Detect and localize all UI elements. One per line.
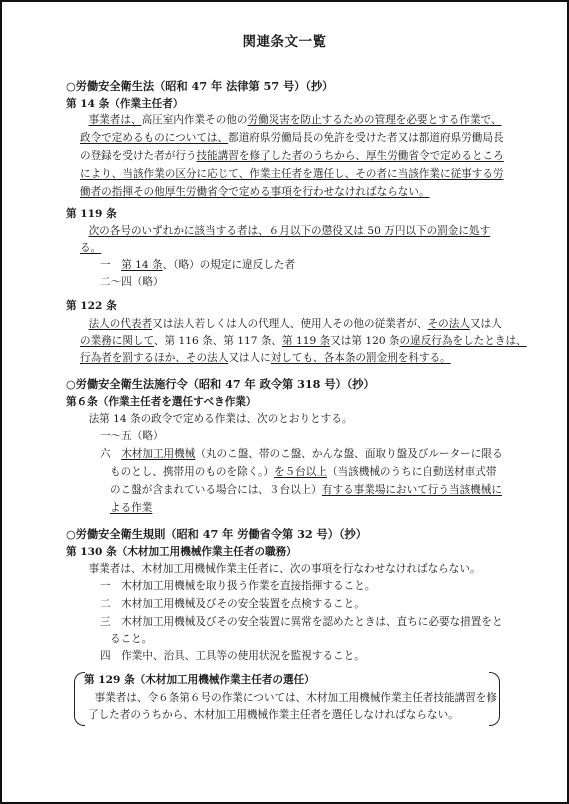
underlined-text: その法人 [428, 318, 470, 330]
article-130-item: 四 作業中、治具、工具等の使用状況を監視すること。 [100, 650, 365, 663]
article-heading-6: 第６条（作業主任者を選任すべき作業） [66, 396, 256, 409]
article-129-line: 了した者のうちから、木材加工用機械作業主任者を選任しなければならない。 [88, 709, 459, 722]
underlined-text: る。 [80, 242, 101, 254]
text-run: 二～四（略） [100, 276, 164, 288]
article-122-line: の業務に関して、第 116 条、第 117 条、第 119 条又は第 120 条… [80, 335, 527, 348]
underlined-text: の違反行為をしたときは、 [400, 335, 527, 347]
article-6-item: 六 木材加工用機械（丸のこ盤、帯のこ盤、かんな盤、面取り盤及びルーターに限る [100, 448, 503, 461]
underlined-text: 労働災害を防止するための管理を必要とする作業で、 [248, 114, 502, 126]
text-run: 六 [100, 448, 121, 460]
article-heading-130: 第 130 条（木材加工用機械作業主任者の職務） [66, 546, 297, 559]
article-14-line: により、当該作業の区分に応じて、作業主任者を選任し、その者に当該作業に従事する労 [80, 168, 504, 181]
article-6-item: のこ盤が含まれている場合には、３台以上）有する事業場において行う当該機械に [110, 484, 502, 497]
article-14-line: 事業者は、高圧室内作業その他の労働災害を防止するための管理を必要とする作業で、 [78, 114, 502, 127]
article-6-line: 法第 14 条の政令で定める作業は、次のとおりとする。 [78, 413, 352, 426]
underlined-text: 木材加工用機械 [121, 448, 195, 460]
text-run: 又は法人若しくは人の代理人、使用人その他の従業者が、 [152, 318, 427, 330]
text-run: の登録を受けた者が行う [80, 150, 197, 162]
underlined-text: により、当該作業の区分に応じて、作業主任者を選任し、その者に当該作業に従事する労 [80, 168, 504, 180]
page-title: 関連条文一覧 [0, 30, 569, 50]
article-6-item: 一～五（略） [100, 430, 164, 443]
article-14-line: の登録を受けた者が行う技能講習を修了した者のうちから、厚生労働省令で定めるところ [80, 150, 504, 163]
text-run: 法第 14 条の政令で定める作業は、次のとおりとする。 [78, 413, 352, 425]
article-130-line: 事業者は、木材加工用機械作業主任者に、次の事項を行なわせなければならない。 [78, 563, 481, 576]
article-122-line: 行為者を罰するほか、その法人又は人に対しても、各本条の罰金刑を科する。 [80, 352, 451, 365]
section-heading-rules: ○労働安全衛生規則（昭和 47 年 労働省令第 32 号）（抄） [66, 528, 367, 541]
text-run: ものとし、携帯用のものを除く。） [110, 466, 274, 478]
underlined-text: 事業者は、 [89, 114, 142, 126]
text-run: ること。 [110, 633, 152, 645]
text-run [78, 318, 89, 330]
underlined-text: 次の各号のいずれかに該当する者は、６月以下の懲役又は 50 万円以下の罰金に処す [89, 225, 491, 237]
article-122-line: 法人の代表者又は法人若しくは人の代理人、使用人その他の従業者が、その法人又は人 [78, 318, 502, 331]
text-run: 三 木材加工用機械及びその安全装置に異常を認めたときは、直ちに必要な措置をと [100, 616, 503, 628]
article-heading-129: 第 129 条（木材加工用機械作業主任者の選任） [84, 674, 315, 687]
text-run: 四 作業中、治具、工具等の使用状況を監視すること。 [100, 650, 365, 662]
underlined-text: 働者の指揮その他厚生労働省令で定める事項を行わせなければならない。 [80, 186, 430, 198]
text-run: のこ盤が含まれている場合には、３台以上） [110, 484, 322, 496]
text-run: 都道府県労働局長の免許を受けた者又は都道府県労働局長 [228, 132, 503, 144]
article-130-item: 三 木材加工用機械及びその安全装置に異常を認めたときは、直ちに必要な措置をと [100, 616, 503, 629]
text-run: （丸のこ盤、帯のこ盤、かんな盤、面取り盤及びルーターに限る [195, 448, 502, 460]
underlined-text: 第 119 条 [282, 335, 330, 347]
underlined-text: の業務に関して [80, 335, 154, 347]
text-run: 一～五（略） [100, 430, 164, 442]
text-run: （当該機械のうちに自動送材車式帯 [327, 466, 497, 478]
article-119-line: 次の各号のいずれかに該当する者は、６月以下の懲役又は 50 万円以下の罰金に処す [78, 225, 490, 238]
underlined-text: 行為者を罰するほか、その法人 [80, 352, 228, 364]
section-heading-order: ○労働安全衛生法施行令（昭和 47 年 政令第 318 号）（抄） [66, 378, 375, 391]
article-130-item: 二 木材加工用機械及びその安全装置を点検すること。 [100, 598, 365, 611]
article-14-line: 政令で定めるものについては、都道府県労働局長の免許を受けた者又は都道府県労働局長 [80, 132, 504, 145]
article-130-item: ること。 [110, 633, 152, 646]
text-run [78, 225, 89, 237]
article-119-item: 二～四（略） [100, 276, 164, 289]
text-run: 二 木材加工用機械及びその安全装置を点検すること。 [100, 598, 365, 610]
underlined-text: よる作業 [110, 502, 152, 514]
underlined-text: を５台以上 [274, 466, 327, 478]
text-run: 又は人に [228, 352, 270, 364]
article-14-line: 働者の指揮その他厚生労働省令で定める事項を行わせなければならない。 [80, 186, 430, 199]
text-run: 、（略）の規定に違反した者 [163, 259, 295, 271]
underlined-text: 法人の代表者 [89, 318, 153, 330]
article-130-item: 一 木材加工用機械を取り扱う作業を直接指揮すること。 [100, 580, 375, 593]
article-6-item: よる作業 [110, 502, 152, 515]
underlined-text: 対しても、各本条の罰金刑を科する。 [271, 352, 451, 364]
article-129-line: 事業者は、令６条第６号の作業については、木材加工用機械作業主任者技能講習を修 [84, 692, 497, 705]
underlined-text: 有する事業場において行う当該機械に [322, 484, 502, 496]
article-6-item: ものとし、携帯用のものを除く。）を５台以上（当該機械のうちに自動送材車式帯 [110, 466, 496, 479]
underlined-text: 第 14 条 [121, 259, 162, 271]
text-run: 又は第 120 条 [330, 335, 399, 347]
text-run: 高圧室内作業その他の [142, 114, 248, 126]
text-run: 一 木材加工用機械を取り扱う作業を直接指揮すること。 [100, 580, 375, 592]
article-heading-122: 第 122 条 [66, 300, 117, 313]
underlined-text: 政令で定めるものについては、 [80, 132, 228, 144]
text-run: 又は人 [470, 318, 502, 330]
article-heading-119: 第 119 条 [66, 208, 117, 221]
article-119-item: 一 第 14 条、（略）の規定に違反した者 [100, 259, 295, 272]
article-119-line: る。 [80, 242, 101, 255]
document-page: 関連条文一覧 ○労働安全衛生法（昭和 47 年 法律第 57 号）（抄） 第 1… [0, 0, 569, 804]
text-run: 、第 116 条、第 117 条、 [154, 335, 282, 347]
text-run: 事業者は、木材加工用機械作業主任者に、次の事項を行なわせなければならない。 [78, 563, 481, 575]
text-run [78, 114, 89, 126]
section-heading-act: ○労働安全衛生法（昭和 47 年 法律第 57 号）（抄） [66, 80, 333, 93]
article-heading-14: 第 14 条（作業主任者） [66, 98, 183, 111]
text-run: 一 [100, 259, 121, 271]
underlined-text: 技能講習を修了した者のうちから、厚生労働省令で定めるところ [197, 150, 504, 162]
